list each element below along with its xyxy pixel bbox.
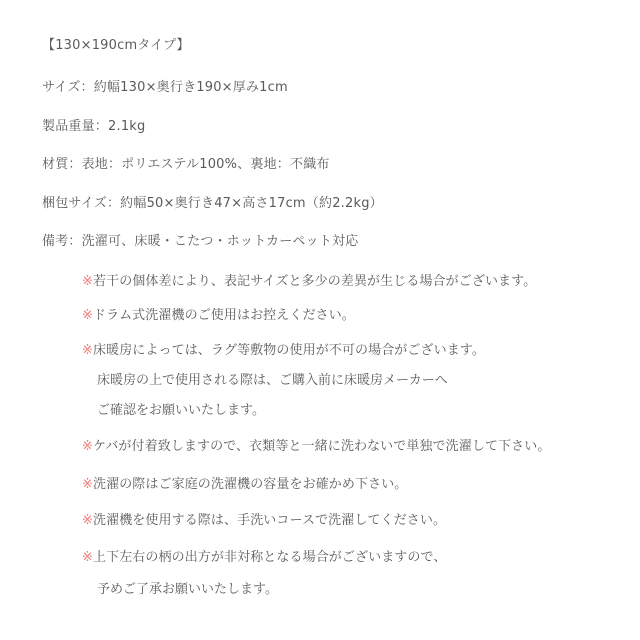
spec-value: 約幅50×奥行き47×高さ17cm（約2.2kg） (120, 196, 383, 211)
note-continuation: 予めご了承お願いいたします。 (97, 582, 278, 598)
spec-size: サイズ：約幅130×奥行き190×厚み1cm (42, 80, 288, 96)
spec-value: 洗濯可、床暖・こたつ・ホットカーペット対応 (82, 234, 359, 249)
spec-label: 製品重量： (42, 119, 108, 134)
reference-mark-icon: ※ (82, 274, 93, 289)
type-heading: 【130×190cmタイプ】 (42, 38, 190, 54)
note-item: ※床暖房によっては、ラグ等敷物の使用が不可の場合がございます。 (82, 343, 485, 359)
note-item: ※上下左右の柄の出方が非対称となる場合がございますので、 (82, 550, 446, 566)
spec-label: 材質： (42, 157, 82, 172)
note-continuation: 床暖房の上で使用される際は、ご購入前に床暖房メーカーへ (97, 373, 448, 389)
note-item: ※洗濯機を使用する際は、手洗いコースで洗濯してください。 (82, 513, 446, 529)
note-item: ※ケバが付着致しますので、衣類等と一緒に洗わないで単独で洗濯して下さい。 (82, 439, 550, 455)
spec-remarks: 備考：洗濯可、床暖・こたつ・ホットカーペット対応 (42, 234, 358, 250)
spec-value: 2.1kg (108, 119, 145, 134)
spec-weight: 製品重量：2.1kg (42, 119, 145, 135)
reference-mark-icon: ※ (82, 343, 93, 358)
note-continuation: ご確認をお願いいたします。 (97, 403, 265, 419)
spec-package-size: 梱包サイズ：約幅50×奥行き47×高さ17cm（約2.2kg） (42, 196, 383, 212)
reference-mark-icon: ※ (82, 439, 93, 454)
reference-mark-icon: ※ (82, 308, 93, 323)
note-item: ※ドラム式洗濯機のご使用はお控えください。 (82, 308, 355, 324)
note-item: ※洗濯の際はご家庭の洗濯機の容量をお確かめ下さい。 (82, 477, 407, 493)
spec-value: 約幅130×奥行き190×厚み1cm (94, 80, 288, 95)
spec-label: サイズ： (42, 80, 94, 95)
reference-mark-icon: ※ (82, 550, 93, 565)
spec-value: 表地：ポリエステル100%、裏地：不織布 (82, 157, 330, 172)
note-item: ※若干の個体差により、表記サイズと多少の差異が生じる場合がございます。 (82, 274, 536, 290)
reference-mark-icon: ※ (82, 513, 93, 528)
spec-label: 梱包サイズ： (42, 196, 120, 211)
spec-label: 備考： (42, 234, 82, 249)
reference-mark-icon: ※ (82, 477, 93, 492)
spec-material: 材質：表地：ポリエステル100%、裏地：不織布 (42, 157, 330, 173)
